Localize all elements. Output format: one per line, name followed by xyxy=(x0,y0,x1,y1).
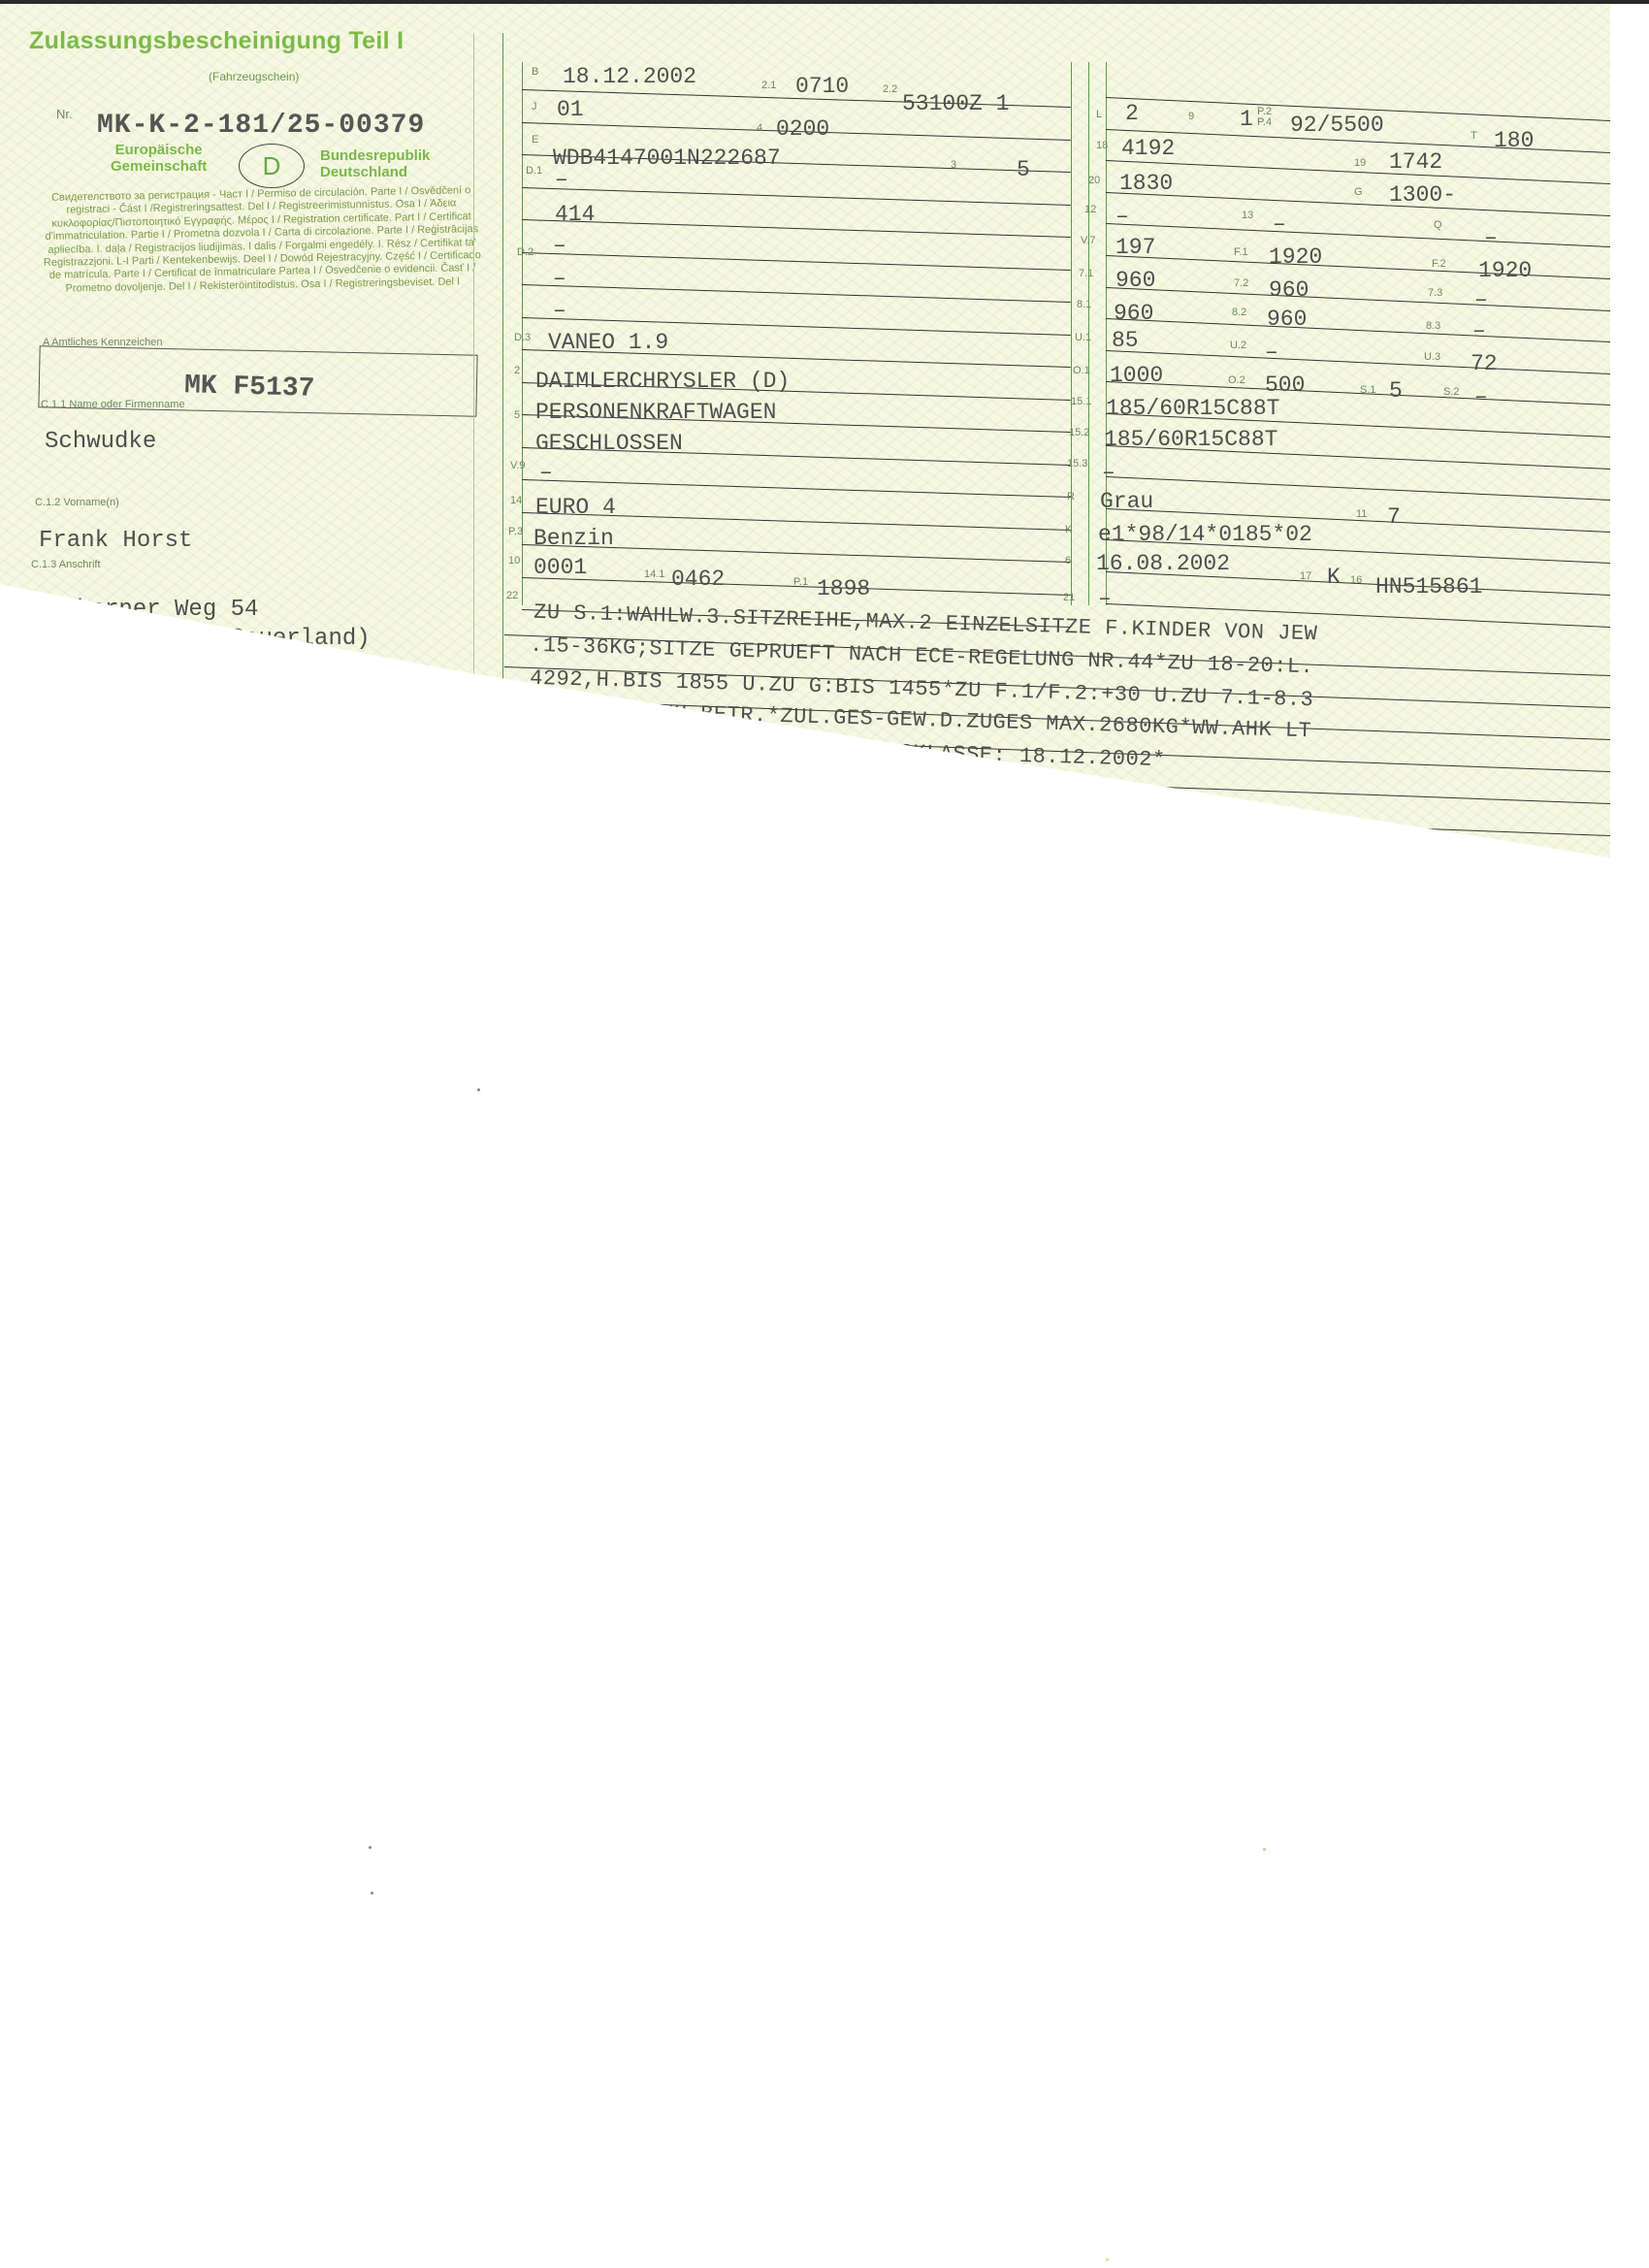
table-rule xyxy=(504,794,1610,836)
owner-note: C.4c Der Inhaber der Zulassungsbescheini… xyxy=(17,749,425,774)
type-variant-2: – xyxy=(553,233,566,258)
field-label-u2: U.2 xyxy=(1230,340,1246,351)
body-type-code: 0200 xyxy=(776,116,829,142)
emission-class-eu: – xyxy=(539,460,553,485)
field-label-p3: P.3 xyxy=(508,526,523,537)
tyres-axle-1: 185/60R15C88T xyxy=(1106,396,1279,421)
eu-label: Europäische Gemeinschaft xyxy=(111,142,207,175)
holder-surname: Schwudke xyxy=(45,429,156,455)
color-code: 7 xyxy=(1387,504,1401,530)
support-load: – xyxy=(1273,211,1286,237)
manufacturer-name: DAIMLERCHRYSLER (D) xyxy=(535,369,790,394)
field-label-v9: V.9 xyxy=(510,460,526,471)
field-label-2: 2 xyxy=(514,365,520,376)
vehicle-class: 01 xyxy=(557,97,584,122)
tank-volume: – xyxy=(1115,204,1129,229)
field-label-15-1: 15.1 xyxy=(1071,396,1091,407)
field-label-g: G xyxy=(1354,186,1363,198)
field-label-2-2: 2.2 xyxy=(883,83,897,95)
field-label-3: 3 xyxy=(951,159,956,171)
field-label-21: 21 xyxy=(1063,592,1075,603)
issue-place: Iserlohn xyxy=(339,704,451,730)
axle-load-3: – xyxy=(1474,287,1488,312)
scan-speck xyxy=(1106,2258,1109,2261)
first-name-label: C.1.2 Vorname(n) xyxy=(35,497,119,508)
field-label-d3: D.3 xyxy=(514,332,531,343)
field-label-20: 20 xyxy=(1088,175,1100,186)
field-label-19: 19 xyxy=(1354,157,1366,169)
field-label-o1: O.1 xyxy=(1073,365,1090,376)
axle-load-2: 960 xyxy=(1269,277,1309,303)
commercial-name: VANEO 1.9 xyxy=(548,330,668,355)
table-rule xyxy=(1106,287,1610,311)
axle-load-1: 960 xyxy=(1115,268,1155,293)
type-approval-number: e1*98/14*0185*02 xyxy=(1098,522,1312,547)
length: 4192 xyxy=(1121,136,1175,161)
country-code-oval: D xyxy=(239,144,305,188)
table-rule xyxy=(504,859,1610,900)
field-label-7-2: 7.2 xyxy=(1234,277,1248,289)
type-code: 53100Z 1 xyxy=(902,91,1009,116)
field-label-5: 5 xyxy=(514,409,520,421)
other-notes: – xyxy=(1098,586,1112,611)
color: Grau xyxy=(1100,489,1153,514)
certificate-number: HN515861 xyxy=(1375,574,1482,599)
field-label-d2: D.2 xyxy=(517,246,533,258)
field-label-e: E xyxy=(532,134,538,146)
field-label-f1: F.1 xyxy=(1234,246,1248,258)
max-weight: 1920 xyxy=(1269,244,1322,270)
field-label-7-1: 7.1 xyxy=(1079,268,1093,279)
field-label-12: 12 xyxy=(1084,204,1096,215)
document-subtitle: (Fahrzeugschein) xyxy=(209,70,299,83)
axle-load-permitted-3: – xyxy=(1472,318,1486,343)
scan-edge xyxy=(0,0,1649,4)
field-label-s2: S.2 xyxy=(1443,386,1460,398)
field-label-p2-p4: P.2 P.4 xyxy=(1257,107,1272,128)
table-rule xyxy=(1106,350,1610,374)
scan-speck xyxy=(369,1846,372,1849)
displacement: 1898 xyxy=(817,576,870,601)
field-label-7-3: 7.3 xyxy=(1428,287,1442,299)
type-variant-4: – xyxy=(553,298,566,323)
axle-load-permitted-1: 960 xyxy=(1114,301,1153,326)
fuel-code: 0001 xyxy=(533,555,587,580)
table-rule xyxy=(1106,223,1610,247)
trailer-load-braked: 1000 xyxy=(1110,363,1163,388)
type-variant-1: 414 xyxy=(555,202,595,227)
name-label: C.1.1 Name oder Firmenname xyxy=(41,399,185,410)
document-title: Zulassungsbescheinigung Teil I xyxy=(29,27,404,55)
noise-driving: 72 xyxy=(1471,351,1498,376)
field-label-9: 9 xyxy=(1188,111,1194,122)
field-label-u1: U.1 xyxy=(1075,332,1091,343)
vin-check-digit: 5 xyxy=(1017,157,1030,182)
scan-speck xyxy=(477,1088,480,1091)
number-label: Nr. xyxy=(56,107,73,121)
field-label-13: 13 xyxy=(1242,210,1253,221)
body-type-text: GESCHLOSSEN xyxy=(535,431,683,456)
max-speed: 180 xyxy=(1494,128,1534,153)
first-registration-date: 18.12.2002 xyxy=(563,64,696,89)
field-label-j: J xyxy=(532,101,537,113)
scan-speck xyxy=(371,1892,373,1895)
field-label-11: 11 xyxy=(1356,508,1367,520)
field-label-b: B xyxy=(532,66,538,78)
scan-speck xyxy=(1263,1848,1266,1851)
license-plate: MK F5137 xyxy=(184,371,315,405)
field-label-f2: F.2 xyxy=(1432,258,1446,270)
empty-weight: 1300- xyxy=(1389,182,1456,208)
field-label-r: R xyxy=(1067,491,1075,502)
operating-permit-code: K xyxy=(1327,565,1341,590)
field-label-8-2: 8.2 xyxy=(1232,307,1246,318)
field-label-k: K xyxy=(1065,524,1072,535)
field-label-8-3: 8.3 xyxy=(1426,320,1440,332)
driven-axles: 1 xyxy=(1240,107,1253,132)
next-hu-label: X Nächste HU (Monat und Jahr): xyxy=(21,683,106,708)
field-label-6: 6 xyxy=(1065,555,1071,567)
table-rule xyxy=(522,252,1071,271)
make: – xyxy=(555,167,568,192)
field-label-2-1: 2.1 xyxy=(761,80,776,91)
field-label-14: 14 xyxy=(510,495,522,506)
manufacturer-code: 0710 xyxy=(795,74,849,99)
width: 1742 xyxy=(1389,149,1442,175)
field-label-p1: P.1 xyxy=(793,576,808,588)
field-label-17: 17 xyxy=(1300,570,1311,582)
emission-code: 0462 xyxy=(671,567,725,592)
field-label-18: 18 xyxy=(1096,140,1108,151)
date-label: I Datum: xyxy=(194,738,235,750)
field-label-v7: V.7 xyxy=(1081,235,1096,246)
table-rule xyxy=(1106,255,1610,279)
type-approval-date: 16.08.2002 xyxy=(1096,551,1230,576)
noise-standing: 85 xyxy=(1112,328,1139,353)
field-label-10: 10 xyxy=(508,555,520,567)
axle-load-permitted-2: 960 xyxy=(1267,307,1307,332)
holder-first-name: Frank Horst xyxy=(39,528,192,554)
seats: 5 xyxy=(1389,378,1403,404)
fold-line xyxy=(473,33,474,838)
vin: WDB4147001N222687 xyxy=(553,146,781,171)
permitted-weight: 1920 xyxy=(1478,258,1532,283)
fuel-type: Benzin xyxy=(533,526,614,551)
trailer-load-unbraked: 500 xyxy=(1265,373,1305,398)
field-label-8-1: 8.1 xyxy=(1077,299,1091,310)
field-label-o2: O.2 xyxy=(1228,374,1245,386)
field-label-4: 4 xyxy=(757,122,762,134)
height: 1830 xyxy=(1119,171,1173,196)
address-label: C.1.3 Anschrift xyxy=(31,559,101,570)
table-rule xyxy=(1106,476,1610,501)
field-label-14-1: 14.1 xyxy=(644,568,664,580)
document-number: MK-K-2-181/25-00379 xyxy=(97,111,425,141)
tyres-axle-2: 185/60R15C88T xyxy=(1104,427,1277,452)
co2-emission: 197 xyxy=(1115,235,1155,260)
field-label-l: L xyxy=(1096,109,1102,120)
table-rule xyxy=(504,826,1610,868)
holder-address: Eisborner Weg 54 58710 Menden (Sauerland… xyxy=(35,596,371,683)
next-hu-value: 07.2025 xyxy=(128,691,226,717)
field-label-d1: D.1 xyxy=(526,165,542,177)
noise-rpm: – xyxy=(1265,340,1278,365)
field-label-16: 16 xyxy=(1350,574,1362,586)
multilingual-titles: Свидетелството за регистрация - Част I /… xyxy=(38,184,486,296)
type-variant-3: – xyxy=(553,266,566,291)
standing-places: – xyxy=(1474,384,1488,409)
field-label-s1: S.1 xyxy=(1360,384,1376,396)
table-rule xyxy=(522,219,1071,238)
axles: 2 xyxy=(1125,101,1139,126)
field-label-t: T xyxy=(1471,130,1477,142)
tyres-axle-3: – xyxy=(1102,460,1115,485)
table-rule xyxy=(522,284,1071,303)
vehicle-class-text: PERSONENKRAFTWAGEN xyxy=(535,400,776,425)
field-label-15-2: 15.2 xyxy=(1069,427,1089,438)
field-label-u3: U.3 xyxy=(1424,351,1440,363)
issue-date: 30.06.2025 xyxy=(307,733,446,760)
table-rule xyxy=(1106,318,1610,342)
country-label: Bundesrepublik Deutschland xyxy=(320,147,430,180)
table-rule xyxy=(522,187,1071,206)
power-rpm: 92/5500 xyxy=(1290,113,1384,138)
emission-class: EURO 4 xyxy=(535,495,616,520)
column-divider xyxy=(502,33,503,838)
field-label-22: 22 xyxy=(506,590,518,601)
field-label-q: Q xyxy=(1434,219,1442,231)
registration-certificate: Zulassungsbescheinigung Teil I (Fahrzeug… xyxy=(0,4,1610,858)
field-label-15-3: 15.3 xyxy=(1067,458,1087,470)
power-weight-ratio: – xyxy=(1484,225,1498,250)
